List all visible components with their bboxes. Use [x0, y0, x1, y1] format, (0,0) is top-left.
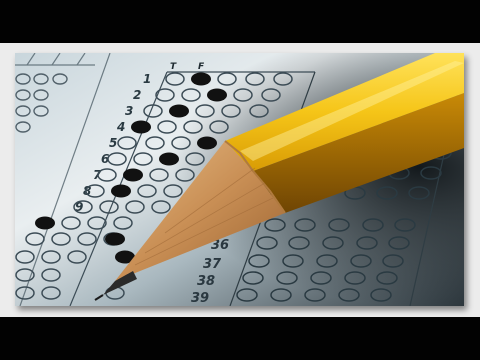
column-header-f: F — [198, 62, 205, 72]
svg-text:3: 3 — [125, 104, 133, 118]
letterbox-top — [0, 0, 480, 43]
letterbox-bottom — [0, 317, 480, 360]
svg-text:5: 5 — [109, 136, 117, 150]
svg-text:4: 4 — [116, 120, 125, 134]
answer-sheet-photo: T F 1 2 3 4 5 6 7 8 9 — [15, 53, 464, 306]
svg-text:2: 2 — [133, 88, 141, 102]
svg-text:39: 39 — [191, 291, 209, 306]
svg-text:38: 38 — [197, 274, 215, 289]
svg-text:37: 37 — [203, 257, 222, 272]
pencil-on-answer-sheet-illustration: T F 1 2 3 4 5 6 7 8 9 — [15, 53, 464, 306]
column-header-t: T — [170, 62, 177, 72]
svg-text:1: 1 — [143, 72, 151, 86]
